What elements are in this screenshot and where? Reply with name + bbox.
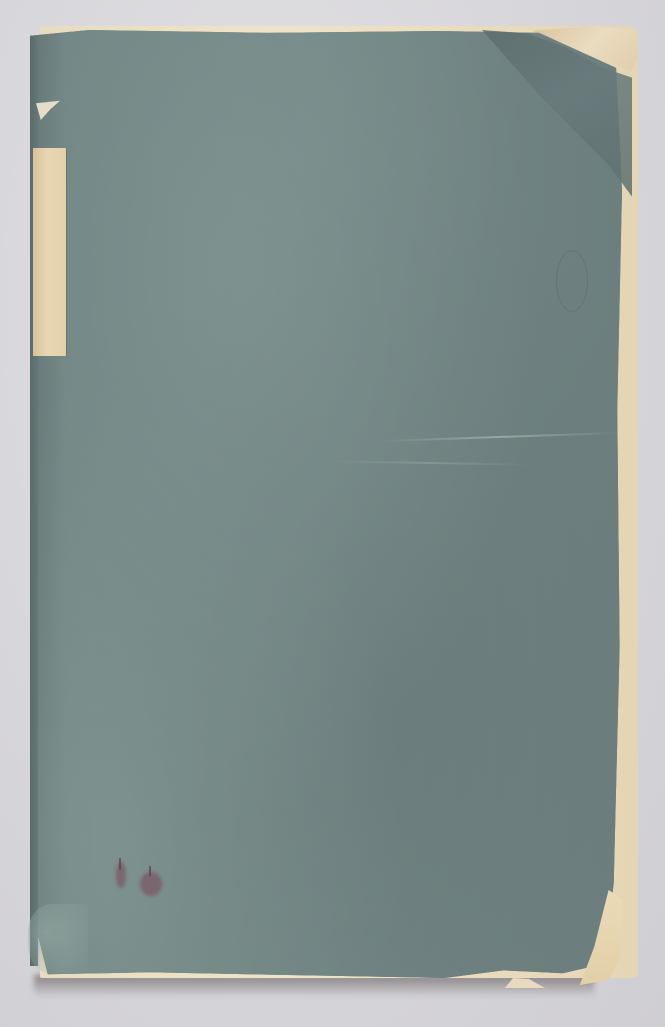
tape-strip	[33, 148, 66, 356]
corner-curl-bottom-left	[28, 904, 88, 974]
book-cover	[30, 30, 622, 978]
ink-stain	[116, 862, 126, 888]
wrinkle-mark	[556, 250, 588, 312]
ink-stroke	[119, 858, 121, 870]
ink-stain	[140, 872, 162, 896]
ink-stroke	[149, 866, 151, 876]
